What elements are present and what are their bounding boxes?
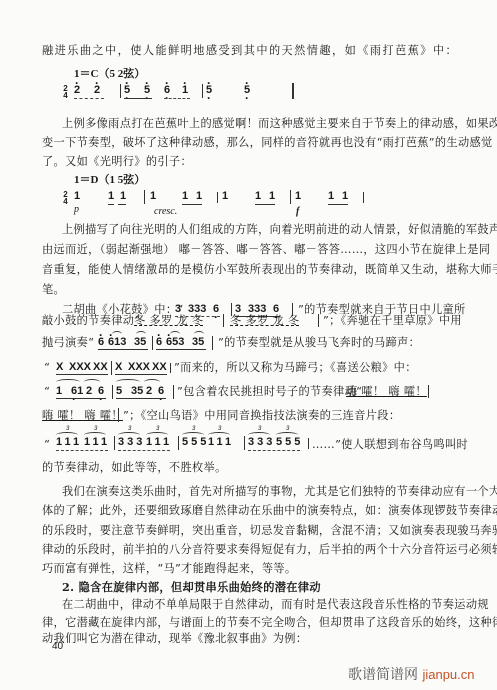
note: XX <box>93 361 108 373</box>
document-page: 融进乐曲之中，使人能鲜明地感受到其中的天然情趣，如《雨打芭蕉》中： 1＝C（5 … <box>0 0 497 690</box>
triplet-mark: 3 <box>66 426 69 432</box>
drum-syllables: 冬 多罗 龙 冬 <box>230 314 299 328</box>
triplet-group: 111 <box>208 436 234 448</box>
rhythm-benchi: 6 613 35 6 653 35 <box>98 336 218 352</box>
barline <box>202 84 203 98</box>
section-heading: 2. 隐含在旋律内部，但却贯串乐曲始终的潜在律动 <box>62 580 457 594</box>
note: 6 <box>213 303 219 315</box>
paragraph-line: 律，它潜藏在旋律内部，与谱面上的节奏不完全吻合，但却贯串了这段音乐的始终，这种律 <box>42 616 457 630</box>
barline <box>428 385 429 398</box>
rhythm-kongshan: 3 111 3 111 3 333 3 111 3 555 3 111 3 33… <box>56 436 316 456</box>
triplet-group: 333 <box>248 436 275 448</box>
note: X <box>56 361 63 373</box>
note: 1 <box>74 190 80 202</box>
paragraph-line: 我们在演奏这类乐曲时，首先对所描写的事物，尤其是它们独特的节奏律动应有一个大 <box>62 485 457 499</box>
rhythm-mati: X XXX XX X XXX XX <box>56 361 171 377</box>
dynamic-marking: cresc. <box>154 206 177 217</box>
barline <box>363 192 364 203</box>
barline <box>292 83 294 99</box>
barline <box>111 361 112 375</box>
triplet-mark: 3 <box>218 426 221 432</box>
paragraph-line: 了。又如《光明行》的引子： <box>42 155 457 169</box>
note: 2 <box>74 84 80 96</box>
note: 6 <box>98 385 104 397</box>
triplet-mark: 3 <box>128 426 131 432</box>
paragraph-line: 笔。 <box>42 283 457 297</box>
note: XXX <box>128 361 150 373</box>
paragraph-line: 在二胡曲中，律动不单单局限于自然律动，而有时是代表这段音乐性格的节奏运动规 <box>62 598 457 612</box>
note: 1 <box>222 190 228 202</box>
note: 1 <box>196 190 202 202</box>
paragraph-line: “ <box>44 385 50 399</box>
note: 653 <box>166 336 184 348</box>
note: 613 <box>108 336 126 348</box>
paragraph-line: ……”使人联想到布谷鸟鸣叫时 <box>312 438 468 452</box>
time-signature: 24 <box>62 85 69 99</box>
paragraph-line: 敲小鼓的节奏律动“ <box>42 314 140 328</box>
note: 1 <box>182 190 188 202</box>
note: 2 <box>94 84 100 96</box>
paragraph-line: ”；《奔驰在千里草原》中用 <box>323 314 462 328</box>
paragraph-line: 律动的乐段时，前半拍的八分音符要求奏得短促有力，后半拍的两个十六分音符运弓必须轻 <box>42 543 457 557</box>
barline <box>120 84 121 98</box>
paragraph-line: 上例多像雨点打在芭蕉叶上的感觉啊！而这种感觉主要来自于节奏上的律动感，如果改 <box>62 117 457 131</box>
key-signature: 1＝D（1 5弦） <box>74 171 145 187</box>
note: 1 <box>150 190 156 202</box>
note: 61 <box>71 385 83 397</box>
note: 1 <box>295 190 301 202</box>
page-number: 40 <box>52 641 63 652</box>
note: 6 <box>156 336 162 348</box>
note: 5 <box>206 84 212 96</box>
barline <box>290 190 291 204</box>
paragraph-line: 抛弓演奏“ <box>42 336 94 350</box>
barline <box>178 436 179 450</box>
note: 1 <box>342 190 348 202</box>
watermark-en: jianpu.cn <box>422 667 474 682</box>
paragraph-line: 的乐段时，要注意节奏鲜明，突出重音，切忌发音黏糊，含混不清；又如演奏表现骏马奔驰 <box>42 524 457 538</box>
paragraph-line: “ <box>44 438 50 452</box>
note: 1 <box>182 84 188 96</box>
triplet-group: 111 <box>56 436 82 448</box>
paragraph-line: 的节奏律动，如此等等，不胜枚举。 <box>42 461 457 475</box>
barline <box>144 190 145 204</box>
barline <box>212 336 213 350</box>
note: 35 <box>131 385 143 397</box>
note: 5 <box>244 84 250 96</box>
paragraph-line: 巧而富有弹性，这样，“马”才能跑得起来，等等。 <box>42 562 457 576</box>
barline <box>173 385 174 399</box>
note: 5 <box>116 385 122 397</box>
triplet-group: 555 <box>182 436 209 448</box>
note: 1 <box>255 190 261 202</box>
triplet-mark: 3 <box>286 426 289 432</box>
note: X <box>115 361 122 373</box>
key-signature: 1＝C（5 2弦） <box>74 65 145 81</box>
note: 6 <box>98 336 104 348</box>
music-example-1: 24 2 2 5 5 6 1 5 5 <box>62 84 362 108</box>
triplet-mark: 3 <box>94 426 97 432</box>
note: 6 <box>158 385 164 397</box>
note: 5 <box>124 84 130 96</box>
note: 1 <box>328 190 334 202</box>
barline <box>118 408 119 422</box>
note: 35 <box>134 336 146 348</box>
note: 35 <box>192 336 204 348</box>
triplet-group: 111 <box>146 436 172 448</box>
note: 6 <box>164 84 170 96</box>
time-signature: 24 <box>62 191 69 205</box>
triplet-group: 333 <box>118 436 145 448</box>
note: 5 <box>144 84 150 96</box>
barline <box>170 363 171 373</box>
paragraph-line: 动我们叫它为潜在律动，现举《豫北叙事曲》为例： <box>42 632 457 646</box>
work-chant: 嗨 嚯！ 嗨 嚯！ <box>42 409 123 423</box>
note: 1 <box>56 385 62 397</box>
triplet-group: 111 <box>84 436 110 448</box>
work-chant: 嗨 嚯！ 嗨 嚯！ <box>346 385 427 399</box>
note: 1 <box>120 190 126 202</box>
watermark: 歌谱简谱网 jianpu.cn <box>348 664 475 684</box>
paragraph-line: 变一下节奏型，破坏了这种律动感，那么，同样的音符就再也没有“雨打芭蕉”的生动感觉 <box>42 136 457 150</box>
paragraph-line: 融进乐曲之中，使人能鲜明地感受到其中的天然情趣，如《雨打芭蕉》中： <box>42 44 457 58</box>
triplet-mark: 3 <box>156 426 159 432</box>
paragraph-line: 上例描写了向往光明的人们组成的方阵，向着光明前进的动人情景，好似清脆的军鼓声 <box>62 223 457 237</box>
barline <box>223 314 224 327</box>
note: 1 <box>108 190 114 202</box>
dynamic-marking: p <box>74 204 79 215</box>
note: XXX <box>69 361 91 373</box>
drum-syllables: 冬 多罗 龙 冬 <box>134 314 203 328</box>
paragraph-line: ”的节奏型就是从骏马飞奔时的马蹄声： <box>218 336 420 350</box>
paragraph-line: “ <box>44 361 50 375</box>
paragraph-line: ”；《空山鸟语》中用同音换指技法演奏的三连音片段： <box>123 409 400 423</box>
note: 2 <box>146 385 152 397</box>
triplet-group: 555 <box>276 436 303 448</box>
barline <box>217 192 218 203</box>
paragraph-line: 音重复，能使人情绪激昂的是模仿小军鼓所表现出的节奏律动，既简单又生动，堪称大师手 <box>42 263 457 277</box>
watermark-cn: 歌谱简谱网 <box>348 667 418 683</box>
barline <box>114 436 115 450</box>
triplet-mark: 3 <box>258 426 261 432</box>
note: 2 <box>86 385 92 397</box>
barline <box>308 438 309 449</box>
barline <box>318 314 319 327</box>
rhythm-xisong: 1 61 2 6 5 35 2 6 <box>56 385 176 401</box>
music-example-2: 24 1 p 1 1 1 cresc. 1 1 1 1 1 1 f 1 1 <box>62 190 392 220</box>
barline <box>152 336 153 350</box>
barline <box>112 385 113 399</box>
paragraph-line: 由远而近，（弱起渐强地） 嘟－答答、嘟－答答、嘟－答答……，这四小节在旋律上是同 <box>42 243 457 257</box>
dynamic-marking: f <box>296 206 299 217</box>
paragraph-line: ”而来的，所以又称为马蹄弓；《喜送公粮》中： <box>174 361 417 375</box>
barline <box>244 436 245 450</box>
note: XX <box>152 361 167 373</box>
paragraph-line: 体的了解；此外，还要细致琢磨自然律动在乐曲中的演奏特点，如：演奏体现锣鼓节奏律动 <box>42 504 457 518</box>
paragraph-line: ”包含着农民挑担时号子的节奏律动“ <box>177 385 362 399</box>
note: 1 <box>269 190 275 202</box>
triplet-mark: 3 <box>192 426 195 432</box>
